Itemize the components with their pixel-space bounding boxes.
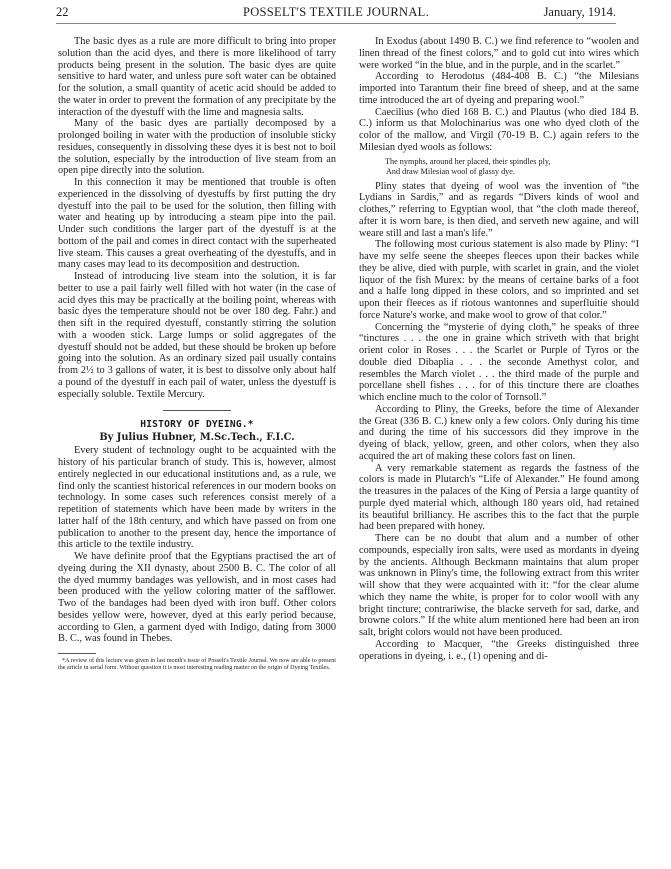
paragraph: According to Pliny, the Greeks, before t… bbox=[359, 404, 639, 463]
paragraph: In Exodus (about 1490 B. C.) we find ref… bbox=[359, 36, 639, 71]
left-column: The basic dyes as a rule are more diffic… bbox=[58, 36, 336, 672]
paragraph: Many of the basic dyes are partially dec… bbox=[58, 118, 336, 177]
paragraph: There can be no doubt that alum and a nu… bbox=[359, 533, 639, 639]
right-column: In Exodus (about 1490 B. C.) we find ref… bbox=[359, 36, 639, 662]
journal-title: POSSELT'S TEXTILE JOURNAL. bbox=[56, 5, 616, 20]
paragraph: In this connection it may be mentioned t… bbox=[58, 177, 336, 271]
paragraph: The following most curious statement is … bbox=[359, 239, 639, 321]
footnote-rule bbox=[58, 653, 96, 654]
paragraph: According to Macquer, “the Greeks distin… bbox=[359, 639, 639, 663]
verse-quote: The nymphs, around her placed, their spi… bbox=[385, 157, 639, 178]
issue-date: January, 1914. bbox=[544, 5, 616, 20]
paragraph: According to Herodotus (484-408 B. C.) “… bbox=[359, 71, 639, 106]
footnote: *A review of this lecture was given in l… bbox=[58, 658, 336, 672]
verse-line: And draw Milesian wool of glassy dye. bbox=[385, 167, 639, 178]
paragraph: Instead of introducing live steam into t… bbox=[58, 271, 336, 400]
verse-line: The nymphs, around her placed, their spi… bbox=[385, 157, 639, 168]
paragraph: We have definite proof that the Egyptian… bbox=[58, 551, 336, 645]
header-rule bbox=[56, 23, 616, 24]
section-divider bbox=[163, 410, 231, 411]
paragraph: Caecilius (who died 168 B. C.) and Plaut… bbox=[359, 107, 639, 154]
paragraph: Concerning the “mysterie of dying cloth,… bbox=[359, 322, 639, 404]
paragraph: Every student of technology ought to be … bbox=[58, 445, 336, 551]
article-byline: By Julius Hubner, M.Sc.Tech., F.I.C. bbox=[58, 432, 336, 444]
paragraph: The basic dyes as a rule are more diffic… bbox=[58, 36, 336, 118]
paragraph: Pliny states that dyeing of wool was the… bbox=[359, 181, 639, 240]
article-title: HISTORY OF DYEING.* bbox=[58, 419, 336, 431]
running-header: 22 POSSELT'S TEXTILE JOURNAL. January, 1… bbox=[56, 5, 616, 21]
paragraph: A very remarkable statement as regards t… bbox=[359, 463, 639, 534]
